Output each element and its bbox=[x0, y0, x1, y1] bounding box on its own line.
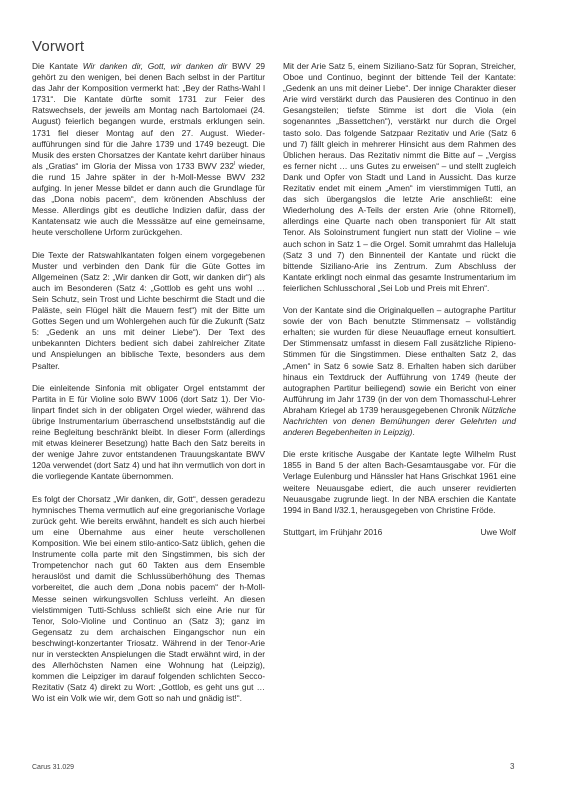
paragraph-chorsatz: Es folgt der Chorsatz „Wir danken, dir, … bbox=[32, 494, 265, 705]
text: wieder, die rund 15 Jahre später in der … bbox=[32, 161, 265, 238]
left-column: Die Kantate Wir danken dir, Gott, wir da… bbox=[32, 61, 265, 704]
text: . bbox=[412, 427, 414, 437]
text: BWV 29 gehört zu den wenigen, bei denen … bbox=[32, 61, 265, 171]
paragraph-texts: Die Texte der Ratswahlkantaten folgen ei… bbox=[32, 250, 265, 372]
page-title: Vorwort bbox=[32, 38, 84, 55]
catalog-number: Carus 31.029 bbox=[32, 764, 74, 771]
paragraph-sources: Von der Kantate sind die Originalquellen… bbox=[283, 305, 516, 438]
right-column: Mit der Arie Satz 5, einem Siziliano-Sat… bbox=[283, 61, 516, 538]
page-number: 3 bbox=[510, 762, 514, 771]
cantata-title: Wir danken dir, Gott, wir danken dir bbox=[83, 61, 228, 71]
signature-place-date: Stuttgart, im Frühjahr 2016 bbox=[283, 527, 382, 538]
paragraph-intro: Die Kantate Wir danken dir, Gott, wir da… bbox=[32, 61, 265, 239]
paragraph-sinfonia: Die einleitende Sinfonia mit obligater O… bbox=[32, 383, 265, 483]
paragraph-arie: Mit der Arie Satz 5, einem Siziliano-Sat… bbox=[283, 61, 516, 294]
text: Von der Kantate sind die Originalquellen… bbox=[283, 305, 516, 415]
paragraph-editions: Die erste kritische Ausgabe der Kantate … bbox=[283, 449, 516, 516]
signature: Stuttgart, im Frühjahr 2016 Uwe Wolf bbox=[283, 527, 516, 538]
text: Die Kantate bbox=[32, 61, 83, 71]
signature-author: Uwe Wolf bbox=[480, 527, 516, 538]
